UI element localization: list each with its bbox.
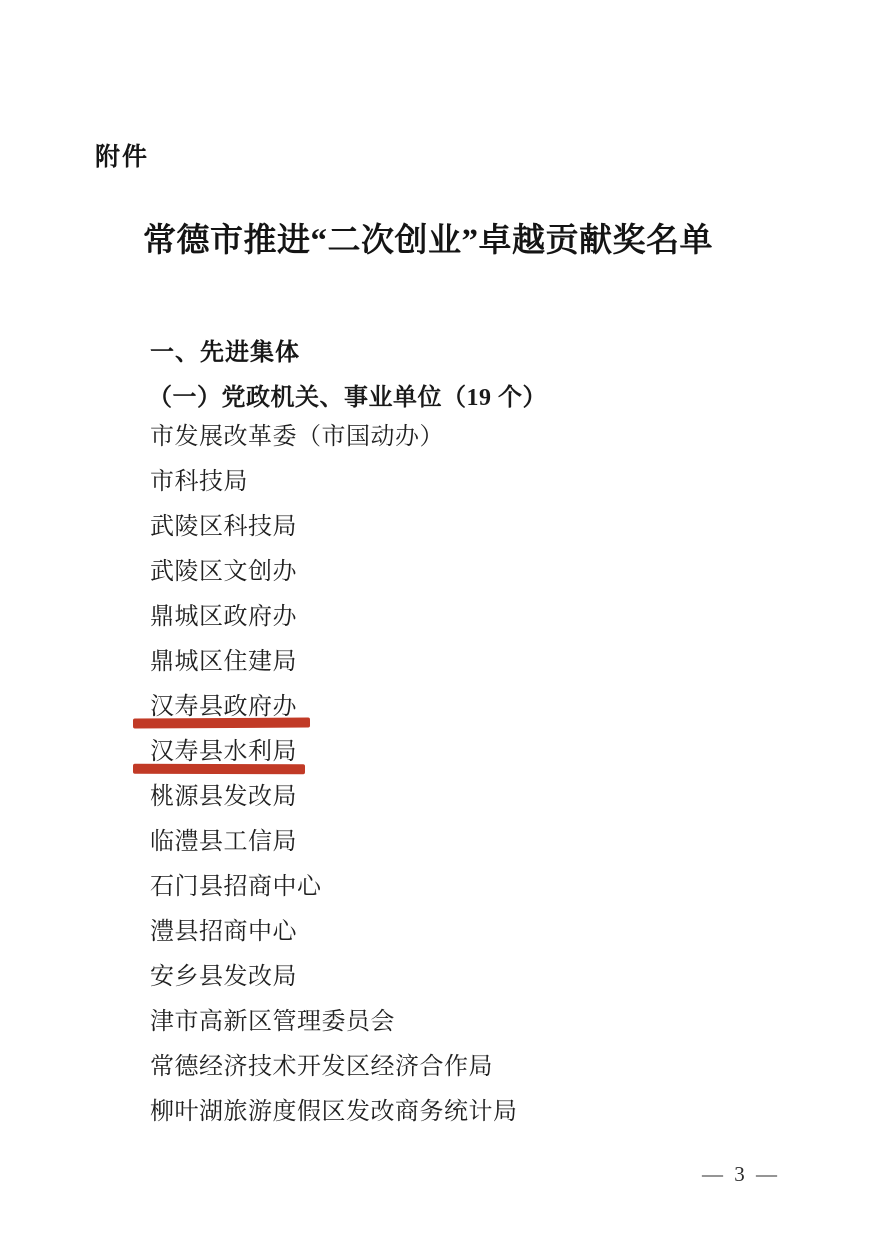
organization-name: 柳叶湖旅游度假区发改商务统计局 [150, 1091, 518, 1126]
list-item: 津市高新区管理委员会 [150, 996, 518, 1041]
list-item: 桃源县发改局 [150, 771, 518, 816]
attachment-label: 附件 [95, 137, 149, 173]
list-item: 石门县招商中心 [150, 861, 518, 906]
organization-name: 市科技局 [150, 461, 248, 496]
organization-name: 石门县招商中心 [150, 866, 322, 901]
organization-name: 常德经济技术开发区经济合作局 [150, 1046, 493, 1081]
list-item: 武陵区文创办 [150, 546, 518, 591]
list-item: 汉寿县政府办 [150, 681, 518, 726]
organization-name: 市发展改革委（市国动办） [150, 416, 444, 451]
organization-name: 鼎城区政府办 [150, 596, 297, 631]
subsection-heading-party-government-organs: （一）党政机关、事业单位（19 个） [148, 377, 547, 412]
list-item: 汉寿县水利局 [150, 726, 518, 771]
list-item: 武陵区科技局 [150, 501, 518, 546]
organization-name: 桃源县发改局 [150, 776, 297, 811]
list-item: 鼎城区政府办 [150, 591, 518, 636]
organization-name: 汉寿县政府办 [150, 686, 297, 721]
document-page: 附件 常德市推进“二次创业”卓越贡献奖名单 一、先进集体 （一）党政机关、事业单… [0, 0, 884, 1257]
organization-name: 临澧县工信局 [150, 821, 297, 856]
list-item: 鼎城区住建局 [150, 636, 518, 681]
list-item: 临澧县工信局 [150, 816, 518, 861]
organization-name: 津市高新区管理委员会 [150, 1001, 395, 1036]
list-item: 澧县招商中心 [150, 906, 518, 951]
list-item: 常德经济技术开发区经济合作局 [150, 1041, 518, 1086]
list-item: 市科技局 [150, 456, 518, 501]
organization-name: 澧县招商中心 [150, 911, 297, 946]
organization-name: 武陵区文创办 [150, 551, 297, 586]
page-number: — 3 — [702, 1162, 780, 1187]
organization-name: 武陵区科技局 [150, 506, 297, 541]
section-heading-advanced-collectives: 一、先进集体 [150, 332, 300, 367]
organization-name: 鼎城区住建局 [150, 641, 297, 676]
list-item: 柳叶湖旅游度假区发改商务统计局 [150, 1086, 518, 1131]
organization-name: 安乡县发改局 [150, 956, 297, 991]
list-item: 市发展改革委（市国动办） [150, 411, 518, 456]
organization-list: 市发展改革委（市国动办） 市科技局 武陵区科技局 武陵区文创办 鼎城区政府办 鼎… [150, 411, 518, 1131]
list-item: 安乡县发改局 [150, 951, 518, 996]
document-title: 常德市推进“二次创业”卓越贡献奖名单 [143, 214, 713, 261]
organization-name: 汉寿县水利局 [150, 731, 297, 766]
